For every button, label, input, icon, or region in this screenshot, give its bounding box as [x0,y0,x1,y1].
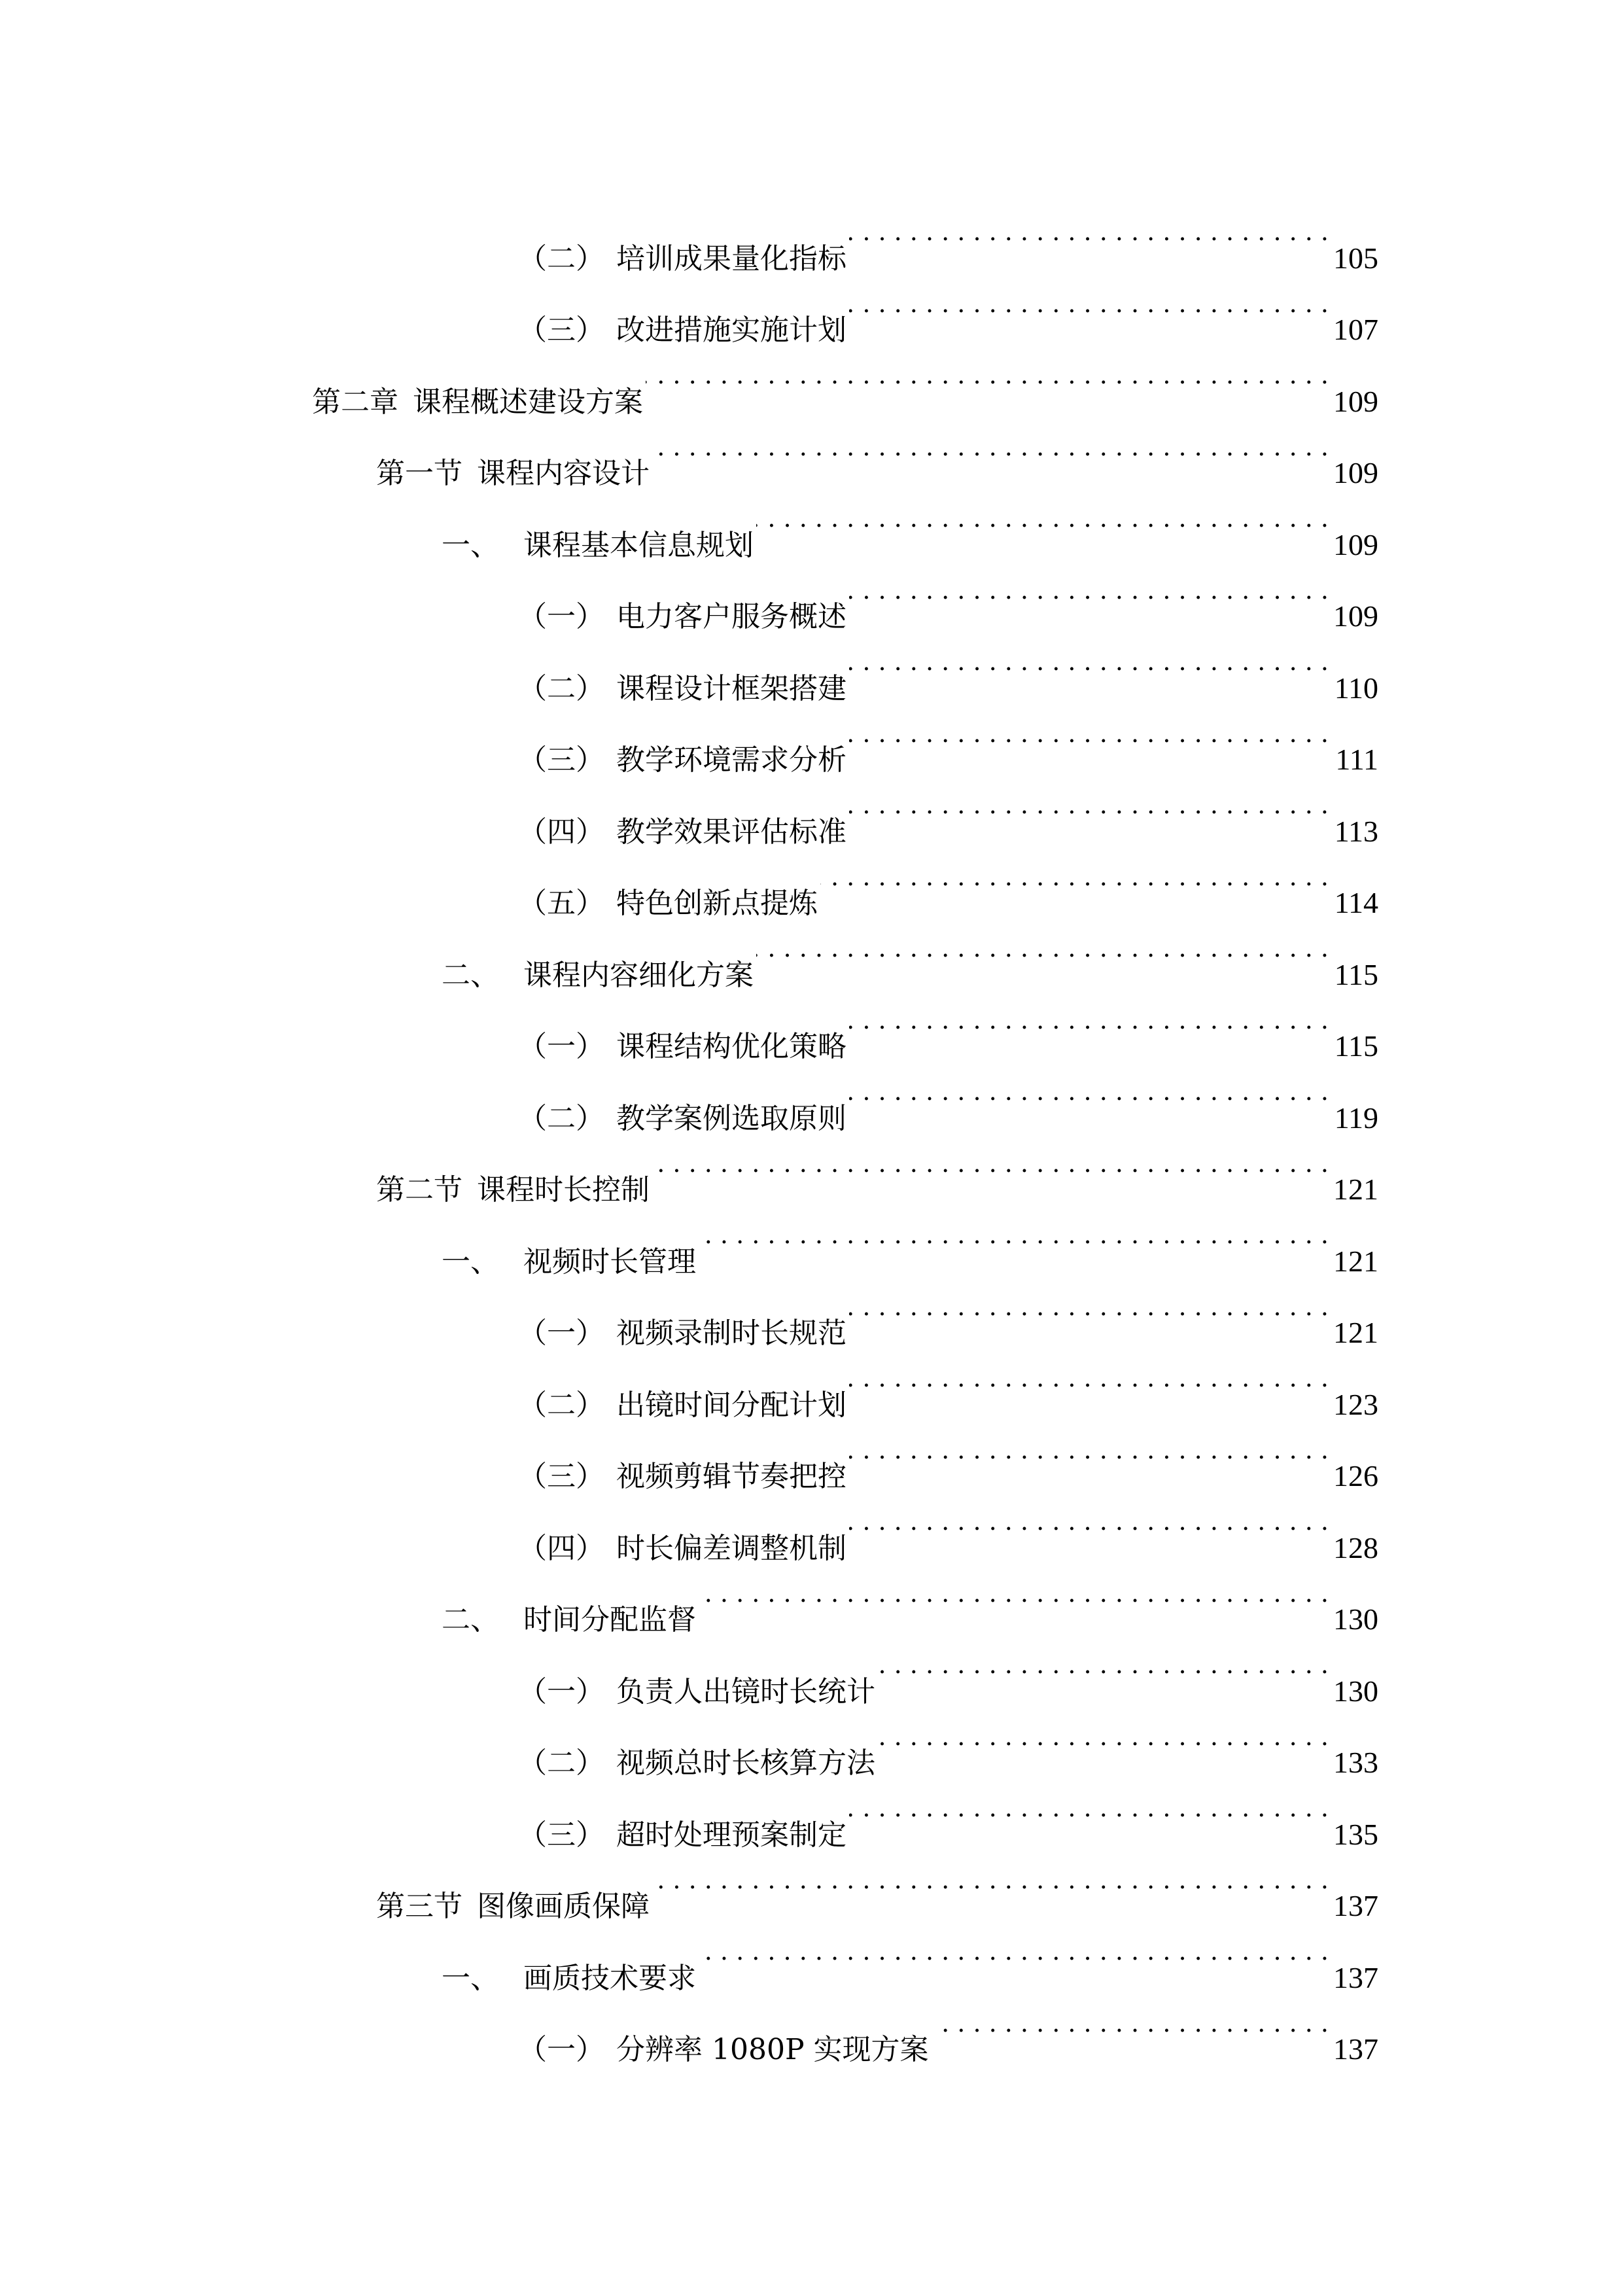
toc-entry-number: （四） [518,796,616,868]
dot-leader [820,841,1329,913]
toc-entry-number: （二） [518,223,616,295]
toc-entry-number: （一） [518,1011,616,1083]
toc-entry-number: （二） [518,1083,616,1155]
toc-entry-number: （二） [518,653,616,725]
dot-leader [932,1988,1329,2060]
toc-entry-number: （一） [518,2014,616,2086]
toc-entry-number: （一） [518,581,616,653]
toc-entry-title: 电力客户服务概述 [616,581,846,653]
toc-entry-title: 课程基本信息规划 [523,510,754,582]
toc-entry-number: 第二章 [312,366,398,438]
toc-entry-title: 课程结构优化策略 [616,1011,846,1083]
toc-entry-page-number: 115 [1331,939,1378,1011]
toc-entry-page-number: 137 [1331,2013,1378,2085]
toc-entry-page-number: 130 [1331,1583,1378,1655]
toc-entry[interactable]: 二、课程内容细化方案115 [312,913,1378,985]
toc-entry-page-number: 126 [1331,1440,1378,1512]
dot-leader [699,1199,1329,1271]
toc-entry[interactable]: 一、视频时长管理121 [312,1199,1378,1271]
toc-entry-number: （一） [518,1656,616,1728]
dot-leader [849,1415,1329,1487]
toc-entry-title: 教学效果评估标准 [616,796,846,868]
toc-entry-number: （五） [518,868,616,940]
dot-leader [849,626,1329,698]
toc-entry-title: 负责人出镜时长统计 [616,1656,875,1728]
dot-leader [849,268,1329,340]
dot-leader [699,1916,1329,1988]
dot-leader [699,1558,1329,1630]
dot-leader [646,340,1329,412]
dot-leader [878,1701,1329,1773]
toc-entry-title: 时间分配监督 [523,1584,696,1656]
toc-entry-page-number: 109 [1331,509,1378,581]
dot-leader [652,1845,1329,1916]
toc-entry-title: 视频录制时长规范 [616,1298,846,1369]
toc-entry-page-number: 109 [1331,437,1378,509]
dot-leader [652,1128,1329,1200]
toc-entry-title: 出镜时间分配计划 [616,1369,846,1441]
toc-entry[interactable]: （五）特色创新点提炼114 [312,841,1378,913]
toc-entry-page-number: 121 [1331,1226,1378,1298]
toc-entry-number: （三） [518,294,616,366]
toc-entry-number: （三） [518,1441,616,1513]
toc-entry-page-number: 137 [1331,1942,1378,2014]
toc-entry-title: 分辨率 1080P 实现方案 [616,2014,929,2086]
toc-entry-title: 画质技术要求 [523,1943,696,2015]
toc-entry-page-number: 133 [1331,1727,1378,1799]
toc-entry[interactable]: 第二节课程时长控制121 [312,1128,1378,1200]
toc-entry-number: （四） [518,1513,616,1585]
table-of-contents: （二）培训成果量化指标105（三）改进措施实施计划107第二章课程概述建设方案1… [312,196,1378,2059]
toc-entry[interactable]: 二、时间分配监督130 [312,1558,1378,1630]
toc-entry-number: （一） [518,1298,616,1369]
toc-entry-title: 课程概述建设方案 [413,366,643,438]
toc-entry-number: （二） [518,1369,616,1441]
toc-entry[interactable]: （二）培训成果量化指标105 [312,196,1378,268]
toc-entry[interactable]: 第二章课程概述建设方案109 [312,340,1378,412]
toc-entry-number: 二、 [442,1584,523,1656]
dot-leader [756,913,1329,985]
toc-entry-number: （三） [518,1799,616,1871]
toc-entry-title: 视频剪辑节奏把控 [616,1441,846,1513]
toc-entry[interactable]: 第三节图像画质保障137 [312,1845,1378,1916]
toc-entry-page-number: 119 [1331,1082,1378,1154]
toc-entry-page-number: 107 [1331,294,1378,366]
dot-leader [849,1773,1329,1845]
dot-leader [878,1629,1329,1701]
toc-entry-page-number: 123 [1331,1369,1378,1441]
dot-leader [849,1486,1329,1558]
toc-entry-page-number: 115 [1331,1010,1378,1082]
toc-entry-page-number: 121 [1331,1297,1378,1369]
toc-entry-number: 一、 [442,1943,523,2015]
toc-entry-page-number: 105 [1331,222,1378,294]
dot-leader [756,483,1329,555]
toc-entry-number: 一、 [442,510,523,582]
toc-entry-page-number: 135 [1331,1799,1378,1871]
toc-entry-number: 一、 [442,1226,523,1298]
dot-leader [849,1343,1329,1415]
toc-entry-title: 课程内容细化方案 [523,940,754,1012]
dot-leader [849,1056,1329,1128]
toc-entry-page-number: 121 [1331,1154,1378,1226]
toc-entry-page-number: 130 [1331,1655,1378,1727]
toc-entry-title: 课程时长控制 [477,1154,650,1226]
dot-leader [849,555,1329,627]
dot-leader [849,1271,1329,1343]
toc-entry-page-number: 114 [1331,867,1378,939]
toc-entry-number: （三） [518,724,616,796]
toc-entry-number: （二） [518,1727,616,1799]
toc-entry-number: 第三节 [376,1871,462,1943]
toc-entry-page-number: 111 [1331,724,1378,796]
toc-entry-page-number: 137 [1331,1870,1378,1942]
toc-entry[interactable]: 一、画质技术要求137 [312,1916,1378,1988]
toc-entry[interactable]: 一、课程基本信息规划109 [312,483,1378,555]
toc-entry-number: 第二节 [376,1154,462,1226]
toc-entry-title: 培训成果量化指标 [616,223,846,295]
toc-entry-title: 视频总时长核算方法 [616,1727,875,1799]
toc-entry-title: 课程内容设计 [477,438,650,510]
dot-leader [849,769,1329,841]
dot-leader [652,412,1329,484]
dot-leader [849,698,1329,770]
dot-leader [849,196,1329,268]
toc-entry-title: 视频时长管理 [523,1226,696,1298]
toc-entry-number: 二、 [442,940,523,1012]
toc-entry-page-number: 109 [1331,366,1378,438]
toc-entry-title: 教学环境需求分析 [616,724,846,796]
toc-entry-title: 图像画质保障 [477,1871,650,1943]
dot-leader [849,985,1329,1057]
toc-entry-title: 课程设计框架搭建 [616,653,846,725]
toc-entry-number: 第一节 [376,438,462,510]
toc-entry-page-number: 113 [1331,796,1378,868]
toc-entry-page-number: 128 [1331,1512,1378,1584]
toc-entry-page-number: 110 [1331,652,1378,724]
toc-entry-page-number: 109 [1331,580,1378,652]
